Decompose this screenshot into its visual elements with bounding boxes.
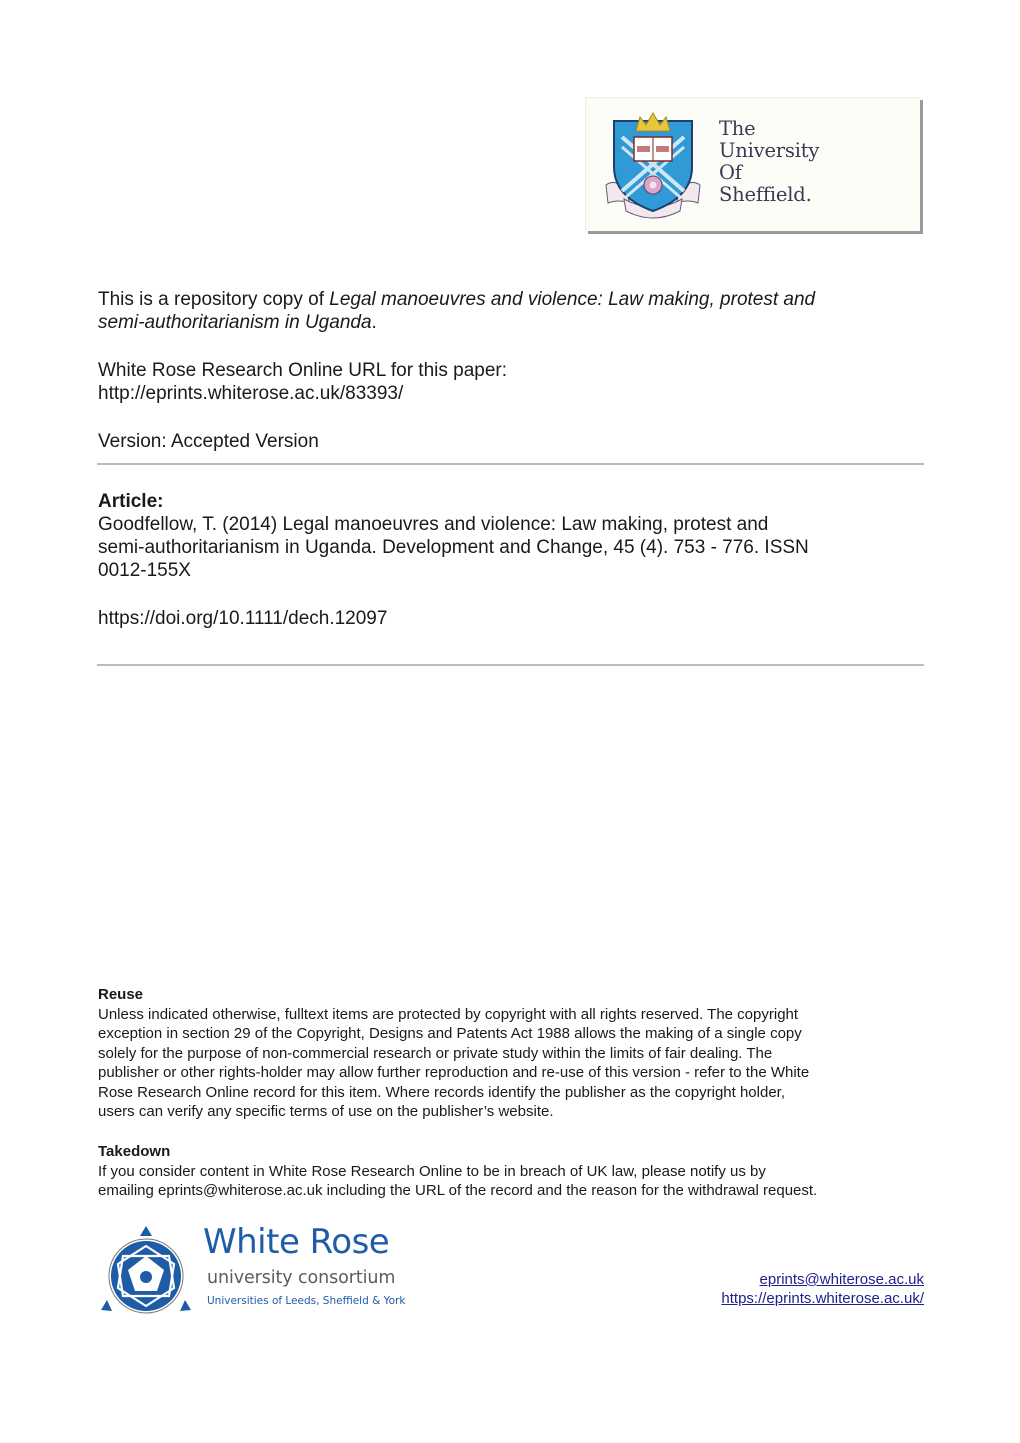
takedown-line: emailing eprints@whiterose.ac.uk includi…	[98, 1181, 817, 1201]
website-link[interactable]: https://eprints.whiterose.ac.uk/	[721, 1289, 924, 1308]
paper-title-line: semi-authoritarianism in Uganda	[98, 312, 372, 333]
white-rose-tagline: Universities of Leeds, Sheffield & York	[207, 1295, 405, 1307]
university-crest-icon	[600, 107, 706, 223]
version-label: Version: Accepted Version	[98, 430, 319, 453]
reuse-line: solely for the purpose of non-commercial…	[98, 1044, 809, 1064]
university-wordmark: The University Of Sheffield.	[719, 118, 819, 206]
wordmark-line: Of	[719, 162, 819, 184]
email-link[interactable]: eprints@whiterose.ac.uk	[721, 1270, 924, 1289]
reuse-line: users can verify any specific terms of u…	[98, 1102, 809, 1122]
citation-line: Goodfellow, T. (2014) Legal manoeuvres a…	[98, 513, 809, 536]
white-rose-subtitle: university consortium	[207, 1268, 395, 1288]
white-rose-title: White Rose	[203, 1222, 389, 1262]
repository-copy-statement: This is a repository copy of Legal manoe…	[98, 288, 928, 334]
takedown-heading: Takedown	[98, 1142, 817, 1162]
paper-url[interactable]: http://eprints.whiterose.ac.uk/83393/	[98, 382, 507, 405]
wordmark-line: Sheffield.	[719, 184, 819, 206]
doi-link[interactable]: https://doi.org/10.1111/dech.12097	[98, 607, 387, 630]
article-section: Article: Goodfellow, T. (2014) Legal man…	[98, 490, 809, 582]
reuse-line: publisher or other rights-holder may all…	[98, 1063, 809, 1083]
white-rose-emblem-icon	[99, 1224, 193, 1316]
footer-links: eprints@whiterose.ac.uk https://eprints.…	[721, 1270, 924, 1308]
wordmark-line: University	[719, 140, 819, 162]
reuse-line: Unless indicated otherwise, fulltext ite…	[98, 1005, 809, 1025]
reuse-line: exception in section 29 of the Copyright…	[98, 1024, 809, 1044]
wordmark-line: The	[719, 118, 819, 140]
reuse-line: Rose Research Online record for this ite…	[98, 1083, 809, 1103]
reuse-section: Reuse Unless indicated otherwise, fullte…	[98, 985, 809, 1122]
citation-line: 0012-155X	[98, 559, 809, 582]
intro-prefix: This is a repository copy of	[98, 289, 329, 310]
divider	[97, 463, 924, 465]
reuse-heading: Reuse	[98, 985, 809, 1005]
paper-title-line: Legal manoeuvres and violence: Law makin…	[329, 289, 815, 310]
article-heading: Article:	[98, 490, 809, 513]
url-label: White Rose Research Online URL for this …	[98, 359, 507, 382]
takedown-line: If you consider content in White Rose Re…	[98, 1162, 817, 1182]
divider	[97, 664, 924, 666]
intro-suffix: .	[372, 312, 377, 333]
university-of-sheffield-logo: The University Of Sheffield.	[585, 97, 920, 231]
white-rose-logo: White Rose university consortium Univers…	[99, 1224, 394, 1316]
takedown-section: Takedown If you consider content in Whit…	[98, 1142, 817, 1201]
citation-line: semi-authoritarianism in Uganda. Develop…	[98, 536, 809, 559]
url-block: White Rose Research Online URL for this …	[98, 359, 507, 405]
